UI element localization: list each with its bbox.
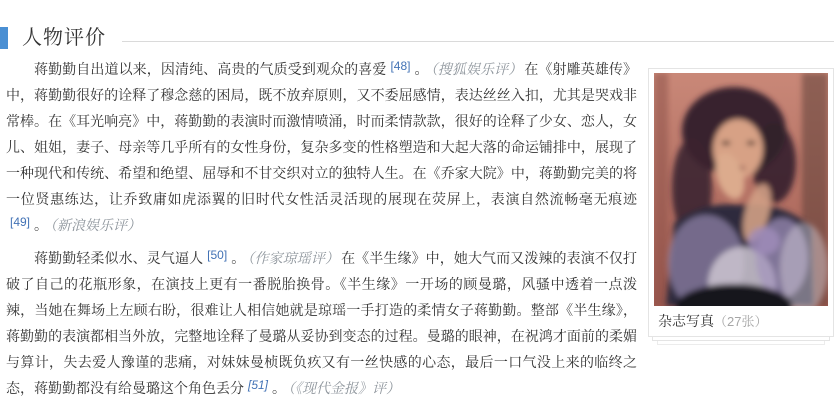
album-card[interactable]: 杂志写真（27张） <box>648 68 834 337</box>
body-text: 蒋勤勤自出道以来，因清纯、高贵的气质受到观众的喜爱 <box>34 61 386 77</box>
section-header: 人物评价 <box>0 26 834 50</box>
source-comment: （新浪娱乐评） <box>50 217 141 233</box>
body-text: 。 <box>34 217 48 233</box>
paragraph: 蒋勤勤轻柔似水、灵气逼人[50]。（作家琼瑶评）在《半生缘》中，她大气而又泼辣的… <box>6 245 637 401</box>
album-caption-title: 杂志写真 <box>658 313 714 329</box>
body-text: 在《半生缘》中，她大气而又泼辣的表演不仅打破了自己的花瓶形象，在演技上更有一番脱… <box>6 250 637 396</box>
source-comment: （作家琼瑶评） <box>247 250 339 266</box>
body-text: 蒋勤勤轻柔似水、灵气逼人 <box>34 250 203 266</box>
source-comment: （搜狐娱乐评） <box>431 61 523 77</box>
body-text: 。 <box>414 61 428 77</box>
page: { "header": { "title": "人物评价", "accent_c… <box>0 0 839 408</box>
citation-link[interactable]: [49] <box>10 215 30 229</box>
paragraph: 蒋勤勤自出道以来，因清纯、高贵的气质受到观众的喜爱[48]。（搜狐娱乐评）在《射… <box>6 56 637 238</box>
portrait-photo[interactable] <box>654 73 828 306</box>
album-widget: 杂志写真（27张） <box>648 68 834 345</box>
album-caption[interactable]: 杂志写真（27张） <box>649 306 833 336</box>
accent-bar <box>0 27 8 49</box>
album-stack-edge <box>657 341 825 345</box>
citation-link[interactable]: [50] <box>207 248 227 262</box>
header-rule <box>122 41 834 42</box>
citation-link[interactable]: [51] <box>248 378 268 392</box>
album-photo-count: （27张） <box>714 314 767 329</box>
source-comment: （《现代金报》评） <box>288 380 400 396</box>
body-text: 。 <box>231 250 245 266</box>
article-text: 蒋勤勤自出道以来，因清纯、高贵的气质受到观众的喜爱[48]。（搜狐娱乐评）在《射… <box>6 56 637 401</box>
body-text: 在《射雕英雄传》中，蒋勤勤很好的诠释了穆念慈的困局，既不放弃原则，又不委屈感情，… <box>6 61 637 207</box>
body-text: 。 <box>272 380 286 396</box>
citation-link[interactable]: [48] <box>390 59 410 73</box>
section-title: 人物评价 <box>22 26 106 50</box>
